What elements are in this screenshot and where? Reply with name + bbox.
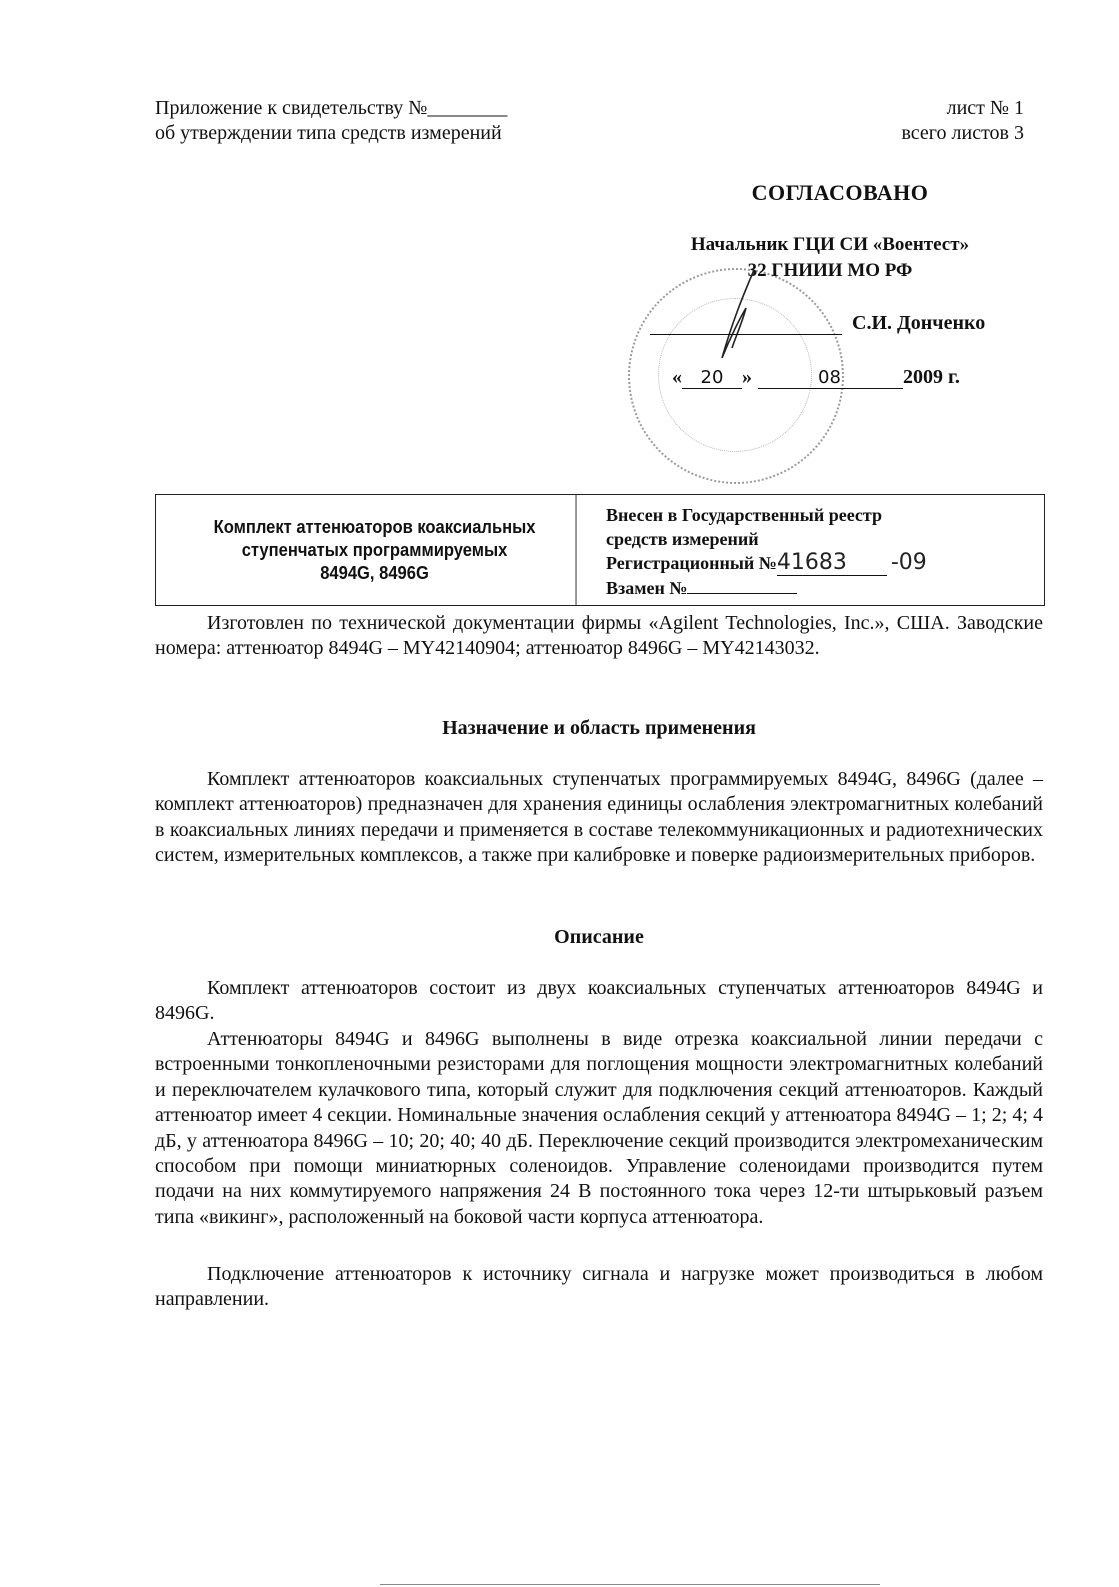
signature-line <box>650 333 842 335</box>
replaces-label: Взамен № <box>606 578 687 598</box>
signature-icon <box>702 268 782 368</box>
registration-suffix: -09 <box>891 550 927 575</box>
product-name-line1: Комплект аттенюаторов коаксиальных <box>214 516 536 539</box>
approval-title: СОГЛАСОВАНО <box>690 180 990 206</box>
section-heading-purpose: Назначение и область применения <box>155 717 1043 740</box>
type-approval-line: об утверждении типа средств измерений <box>155 121 507 146</box>
description-paragraph-1: Комплект аттенюаторов состоит из двух ко… <box>155 976 1043 1027</box>
total-sheets: всего листов 3 <box>820 121 1024 146</box>
registry-line2: средств измерений <box>606 527 1044 551</box>
header-right: лист № 1 всего листов 3 <box>820 96 1024 146</box>
registry-table: Комплект аттенюаторов коаксиальных ступе… <box>155 494 1045 606</box>
product-name-line2: ступенчатых программируемых <box>214 539 536 562</box>
date-open-quote: « <box>672 366 682 389</box>
registration-row: Регистрационный №41683-09 <box>606 551 1044 576</box>
manufacturer-paragraph: Изготовлен по технической документации ф… <box>155 611 1043 662</box>
date-day: 20 <box>682 367 742 389</box>
date-month: 08 <box>758 367 903 389</box>
description-paragraph-2: Аттенюаторы 8494G и 8496G выполнены в ви… <box>155 1027 1043 1230</box>
sheet-number: лист № 1 <box>820 96 1024 121</box>
approver-position-line1: Начальник ГЦИ СИ «Воентест» <box>650 232 1010 258</box>
approval-date: « 20 » 08 2009 г. <box>672 366 960 389</box>
registration-number: 41683 <box>777 551 887 576</box>
replaces-blank <box>687 593 797 594</box>
description-paragraph-3: Подключение аттенюаторов к источнику сиг… <box>155 1262 1043 1313</box>
purpose-paragraph: Комплект аттенюаторов коаксиальных ступе… <box>155 767 1043 869</box>
registry-line1: Внесен в Государственный реестр <box>606 503 1044 527</box>
date-year: 2009 г. <box>903 366 960 389</box>
date-close-quote: » <box>742 366 752 389</box>
registration-label: Регистрационный № <box>606 553 777 573</box>
page-bottom-edge <box>380 1584 880 1585</box>
header-left: Приложение к свидетельству №________ об … <box>155 96 507 146</box>
product-name-cell: Комплект аттенюаторов коаксиальных ступе… <box>174 495 577 605</box>
signer-name: С.И. Донченко <box>852 312 985 335</box>
registry-info-cell: Внесен в Государственный реестр средств … <box>594 495 1044 605</box>
product-models: 8494G, 8496G <box>214 562 536 585</box>
certificate-appendix-line: Приложение к свидетельству №________ <box>155 96 507 121</box>
section-heading-description: Описание <box>155 926 1043 949</box>
replaces-row: Взамен № <box>606 576 1044 600</box>
